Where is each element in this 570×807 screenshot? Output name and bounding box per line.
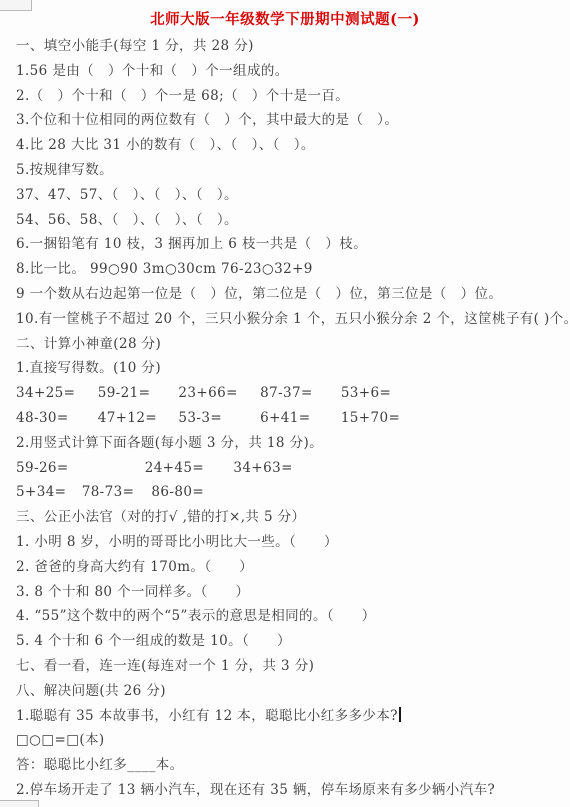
question-line-compare: 8.比一比。 99○90 3m○30cm 76-23○32+9 xyxy=(16,257,562,282)
judgement-item: 5. 4 个十和 6 个一组成的数是 10。（ ） xyxy=(16,629,562,654)
calc-expression: 34+63= xyxy=(233,456,292,481)
document-text-area[interactable]: 一、填空小能手(每空 1 分，共 28 分) 1.56 是由（ ）个十和（ ）个… xyxy=(0,34,570,803)
answer-blank-line: 答：聪聪比小红多____本。 xyxy=(16,753,562,778)
judgement-item: 4. “55”这个数中的两个“5”表示的意思是相同的。（ ） xyxy=(16,604,562,629)
word-problem-line: 2.停车场开走了 13 辆小汽车，现在还有 35 辆，停车场原来有多少辆小汽车? xyxy=(16,778,562,803)
page-corner-artifact-top xyxy=(0,0,32,11)
section-header-matching: 七、看一看，连一连(每连对一个 1 分，共 3 分) xyxy=(16,654,562,679)
calc-row: 59-26= 24+45= 34+63= xyxy=(16,456,562,481)
calc-expression: 47+12= xyxy=(98,406,174,431)
word-problem-line: 1.聪聪有 35 本故事书，小红有 12 本，聪聪比小红多多少本? xyxy=(16,704,562,729)
question-line: 3.个位和十位相同的两位数有（ ）个，其中最大的是（ ）。 xyxy=(16,108,562,133)
section-header-true-false: 三、公正小法官（对的打√ ,错的打×,共 5 分） xyxy=(16,505,562,530)
calc-expression: 78-73= xyxy=(82,480,147,505)
calc-expression: 53-3= xyxy=(178,406,255,431)
subsection-vertical-calc: 2.用竖式计算下面各题(每小题 3 分，共 18 分)。 xyxy=(16,431,562,456)
judgement-item: 1. 小明 8 岁，小明的哥哥比小明比大一些。（ ） xyxy=(16,530,562,555)
calc-expression: 6+41= xyxy=(260,406,336,431)
text-cursor xyxy=(399,707,401,722)
equation-template-line: □○□=□(本) xyxy=(16,728,562,753)
calc-expression: 23+66= xyxy=(178,381,255,406)
judgement-item: 3. 8 个十和 80 个一同样多。（ ） xyxy=(16,580,562,605)
calc-expression: 59-21= xyxy=(98,381,174,406)
question-line: 2.（ ）个十和（ ）个一是 68;（ ）个十是一百。 xyxy=(16,84,562,109)
calc-expression: 53+6= xyxy=(341,381,391,406)
section-header-problem-solving: 八、解决问题(共 26 分) xyxy=(16,679,562,704)
calc-expression: 15+70= xyxy=(341,406,400,431)
calc-expression: 34+25= xyxy=(16,381,93,406)
question-line: 4.比 28 大比 31 小的数有（ ）、（ ）、（ ）。 xyxy=(16,133,562,158)
question-line: 9 一个数从右边起第一位是（ ）位，第二位是（ ）位，第三位是（ ）位。 xyxy=(16,282,562,307)
calc-row: 34+25= 59-21= 23+66= 87-37= 53+6= xyxy=(16,381,562,406)
judgement-item: 2. 爸爸的身高大约有 170m。（ ） xyxy=(16,555,562,580)
calc-expression: 86-80= xyxy=(151,480,204,505)
page-title: 北师大版一年级数学下册期中测试题(一) xyxy=(0,9,570,34)
calc-expression: 24+45= xyxy=(145,456,229,481)
calc-expression: 59-26= xyxy=(16,456,140,481)
section-header-fill-blanks: 一、填空小能手(每空 1 分，共 28 分) xyxy=(16,34,562,59)
word-problem-text: 1.聪聪有 35 本故事书，小红有 12 本，聪聪比小红多多少本? xyxy=(16,708,398,724)
subsection-direct-calc: 1.直接写得数。(10 分) xyxy=(16,356,562,381)
number-sequence-line: 54、56、58、（ ）、（ ）、（ ）。 xyxy=(16,208,562,233)
calc-expression: 87-37= xyxy=(260,381,336,406)
section-header-calculation: 二、计算小神童(28 分) xyxy=(16,332,562,357)
calc-row: 5+34= 78-73= 86-80= xyxy=(16,480,562,505)
question-line: 5.按规律写数。 xyxy=(16,158,562,183)
number-sequence-line: 37、47、57、（ ）、（ ）、（ ）。 xyxy=(16,183,562,208)
question-line: 10.有一筐桃子不超过 20 个，三只小猴分余 1 个，五只小猴分余 2 个，这… xyxy=(16,307,562,332)
question-line: 6.一捆铅笔有 10 枝，3 捆再加上 6 枝一共是（ ）枝。 xyxy=(16,232,562,257)
question-line: 1.56 是由（ ）个十和（ ）个一组成的。 xyxy=(16,59,562,84)
calc-expression: 5+34= xyxy=(16,480,77,505)
calc-row: 48-30= 47+12= 53-3= 6+41= 15+70= xyxy=(16,406,562,431)
page-corner-artifact-bottom xyxy=(0,800,39,807)
calc-expression: 48-30= xyxy=(16,406,93,431)
test-paper-document[interactable]: 北师大版一年级数学下册期中测试题(一) 一、填空小能手(每空 1 分，共 28 … xyxy=(0,0,570,807)
